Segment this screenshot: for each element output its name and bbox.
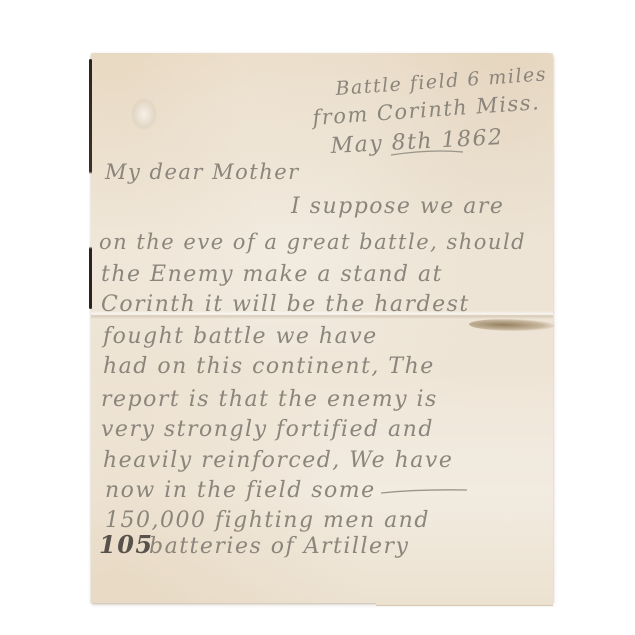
body-line: Corinth it will be the hardest bbox=[101, 292, 470, 317]
handwriting-layer: Battle field 6 miles from Corinth Miss. … bbox=[91, 53, 553, 603]
body-line: report is that the enemy is bbox=[101, 387, 438, 412]
body-line: batteries of Artillery bbox=[149, 534, 409, 559]
body-line: I suppose we are bbox=[290, 194, 504, 219]
letter-heading: Battle field 6 miles from Corinth Miss. … bbox=[310, 63, 548, 159]
letter-body: I suppose we are on the eve of a great b… bbox=[99, 194, 526, 559]
salutation: My dear Mother bbox=[104, 160, 300, 184]
body-line: the Enemy make a stand at bbox=[101, 262, 443, 287]
body-line: now in the field some bbox=[105, 478, 376, 503]
heading-date: May 8th 1862 bbox=[329, 125, 504, 159]
underline-flourish bbox=[381, 490, 467, 493]
margin-annotation: 105 bbox=[99, 530, 154, 559]
body-line: on the eve of a great battle, should bbox=[99, 230, 526, 254]
letter-paper: Battle field 6 miles from Corinth Miss. … bbox=[91, 53, 553, 603]
body-line: had on this continent, The bbox=[103, 354, 435, 379]
body-line: 150,000 fighting men and bbox=[105, 508, 430, 533]
body-line: heavily reinforced, We have bbox=[103, 448, 453, 473]
body-line: fought battle we have bbox=[101, 324, 378, 349]
body-line: very strongly fortified and bbox=[101, 417, 434, 442]
